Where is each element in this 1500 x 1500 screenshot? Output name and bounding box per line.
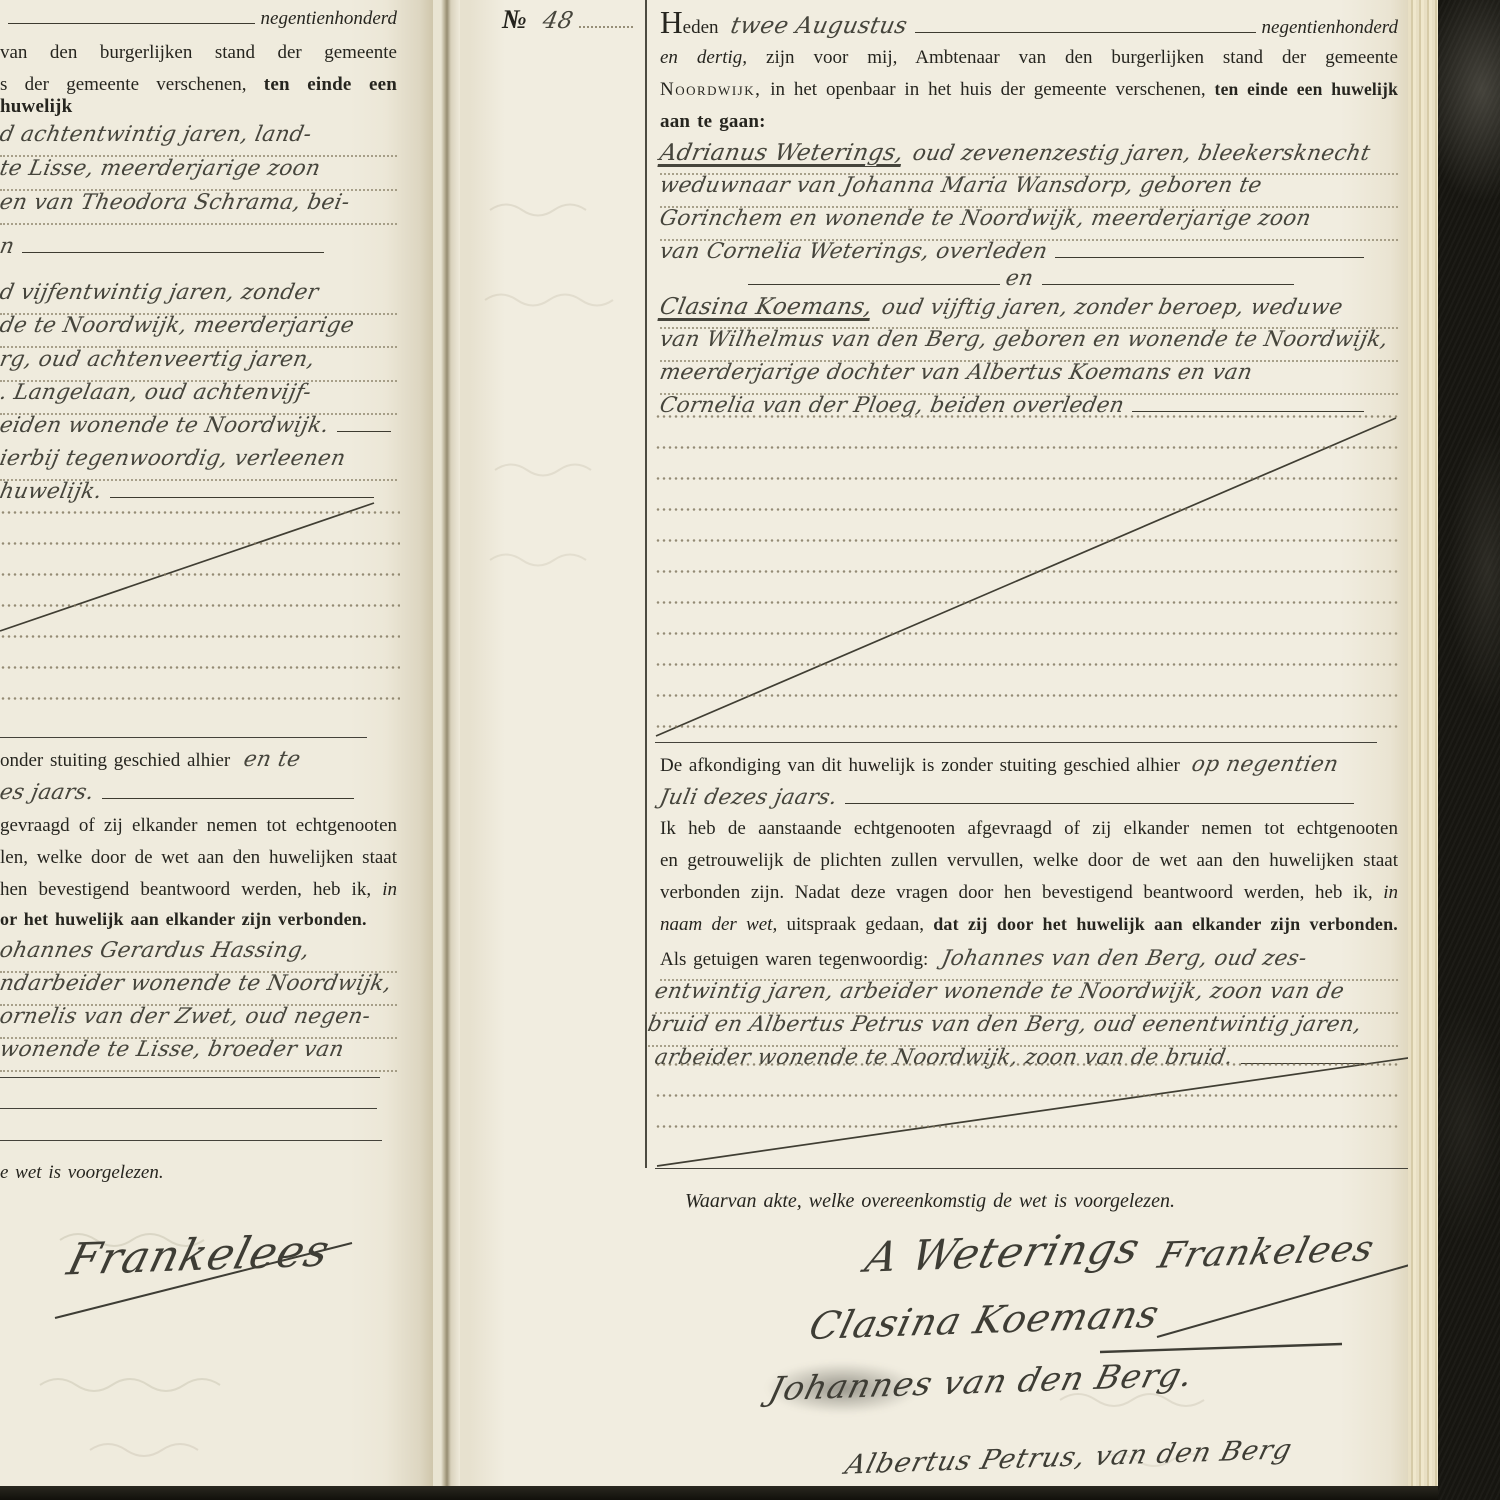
right-line-4-bold: aan te gaan:	[660, 111, 766, 133]
right-line-2-text: zijn voor mij, Ambtenaar van den burgerl…	[766, 47, 1398, 68]
page-edge-stack	[1408, 0, 1438, 1486]
left-vow-line-1: gevraagd of zij elkander nemen tot echtg…	[0, 815, 397, 848]
witness-hw-2: entwintig jaren, arbeider wonende te Noo…	[655, 979, 1398, 1014]
left-hw-line-7: rg, oud achtenveertig jaren,	[0, 347, 397, 382]
left-hw-line-8: . Langelaan, oud achtenvijf-	[0, 380, 397, 415]
witness-hw-3-text: bruid en Albertus Petrus van den Berg, o…	[646, 1012, 1364, 1037]
left-hw-line-8-text: . Langelaan, oud achtenvijf-	[0, 380, 313, 405]
act-number-line: № 48	[502, 4, 637, 37]
vow-3-text: verbonden zijn. Nadat deze vragen door h…	[660, 882, 1373, 903]
left-vow-1-text: gevraagd of zij elkander nemen tot echtg…	[0, 815, 397, 836]
left-hw-line-7-text: rg, oud achtenveertig jaren,	[0, 347, 317, 372]
left-hw-line-1: d achtentwintig jaren, land-	[0, 122, 397, 157]
vow-line-1: Ik heb de aanstaande echtgenooten afgevr…	[660, 818, 1398, 851]
left-closing-text: e wet is voorgelezen.	[0, 1162, 164, 1184]
right-line-3: Noordwijk, in het openbaar in het huis d…	[660, 79, 1398, 112]
right-empty-ruled-lines-1	[655, 402, 1400, 732]
bride-line-1-text: oud vijftig jaren, zonder beroep, weduwe	[880, 295, 1345, 320]
right-page: № 48 Heden twee Augustus negentienhonder…	[460, 0, 1408, 1486]
right-line-2: en dertig, zijn voor mij, Ambtenaar van …	[660, 47, 1398, 80]
left-hw-line-5: d vijfentwintig jaren, zonder	[0, 280, 397, 315]
bride-line-3-text: meerderjarige dochter van Albertus Koema…	[658, 360, 1255, 385]
heden-word: Heden	[660, 10, 719, 39]
left-blank-rule-4	[102, 798, 354, 799]
left-hw-line-10-text: ierbij tegenwoordig, verleenen	[0, 446, 348, 471]
conjunction-text: en	[1004, 266, 1036, 291]
right-line-3-bold: ten einde een huwelijk	[1215, 79, 1398, 99]
groom-line-2: weduwnaar van Johanna Maria Wansdorp, ge…	[660, 173, 1398, 208]
right-closing-rule	[655, 1168, 1425, 1169]
left-witness-hw-1-text: ohannes Gerardus Hassing,	[0, 938, 312, 963]
vow-line-3: verbonden zijn. Nadat deze vragen door h…	[660, 882, 1398, 915]
vow-2-text: en getrouwelijk de plichten zullen vervu…	[660, 850, 1398, 871]
left-hw-line-4-text: n	[0, 234, 17, 259]
bride-signature: Clasina Koemans	[805, 1292, 1164, 1348]
left-witness-hw-1: ohannes Gerardus Hassing,	[0, 938, 397, 973]
left-afk-printed: onder stuiting geschied alhier	[0, 750, 230, 772]
left-registrar-signature-text: Frankelees	[62, 1226, 335, 1286]
groom-signature: A Weterings	[861, 1223, 1146, 1281]
left-vow-3-text: hen bevestigend beantwoord werden, heb i…	[0, 879, 371, 900]
bride-line-2: van Wilhelmus van den Berg, geboren en w…	[660, 327, 1398, 362]
date-fill-rule	[915, 32, 1256, 33]
bride-line-3: meerderjarige dochter van Albertus Koema…	[660, 360, 1398, 395]
left-afk-handwritten-2: es jaars.	[0, 780, 96, 805]
left-blank-rule-1	[22, 252, 324, 253]
book-gutter	[433, 0, 460, 1486]
bride-line-2-text: van Wilhelmus van den Berg, geboren en w…	[658, 327, 1391, 352]
right-line-3-text: in het openbaar in het huis der gemeente…	[770, 79, 1205, 100]
vow-4-bold: dat zij door het huwelijk aan elkander z…	[933, 914, 1398, 934]
left-blank-line-rule-3	[0, 1140, 382, 1141]
left-blank-line-rule-2	[0, 1108, 377, 1109]
vow-line-2: en getrouwelijk de plichten zullen vervu…	[660, 850, 1398, 883]
bride-signature-text: Clasina Koemans	[805, 1292, 1164, 1348]
groom-line-2-text: weduwnaar van Johanna Maria Wansdorp, ge…	[658, 173, 1264, 198]
bride-name: Clasina Koemans,	[657, 294, 874, 321]
right-year-word: negentienhonderd	[1262, 17, 1398, 39]
left-vow-line-2: len, welke door de wet aan den huwelijke…	[0, 847, 397, 880]
left-hw-line-9-text: eiden wonende te Noordwijk.	[0, 413, 331, 438]
witness-hw-2-text: entwintig jaren, arbeider wonende te Noo…	[653, 979, 1347, 1004]
left-page: negentienhonderd van den burgerlijken st…	[0, 0, 433, 1486]
left-hw-line-4: n	[0, 234, 330, 267]
groom-name: Adrianus Weterings,	[657, 140, 905, 167]
left-hw-line-6-text: de te Noordwijk, meerderjarige	[0, 313, 356, 338]
groom-line-3: Gorinchem en wonende te Noordwijk, meerd…	[660, 206, 1398, 241]
vow-4-text: uitspraak gedaan,	[786, 914, 923, 935]
witness-hw-1-text: Johannes van den Berg, oud zes-	[940, 946, 1309, 971]
book-cover	[1438, 0, 1500, 1500]
left-section-rule	[0, 737, 367, 738]
left-hw-line-1-text: d achtentwintig jaren, land-	[0, 122, 314, 147]
afk-line-2: Juli dezes jaars.	[660, 785, 1360, 818]
book-cover-bottom	[0, 1486, 1438, 1500]
left-afk-handwritten: en te	[242, 747, 303, 772]
right-empty-ruled-lines-2	[655, 1050, 1400, 1150]
left-hw-line-2: te Lisse, meerderjarige zoon	[0, 156, 397, 191]
left-printed-line-3-text: s der gemeente verschenen,	[0, 74, 247, 95]
afk-printed-text: De afkondiging van dit huwelijk is zonde…	[660, 755, 1180, 777]
registrar-signature: Frankelees	[1154, 1228, 1379, 1276]
right-closing-text: Waarvan akte, welke overeenkomstig de we…	[685, 1190, 1175, 1213]
left-closing-line: e wet is voorgelezen.	[0, 1162, 164, 1195]
conjunction-rule-left	[748, 284, 1000, 285]
afk-line-1: De afkondiging van dit huwelijk is zonde…	[660, 752, 1398, 785]
year-continuation: en dertig,	[660, 47, 747, 68]
left-afk-line: onder stuiting geschied alhier en te	[0, 747, 397, 780]
groom-line-3-text: Gorinchem en wonende te Noordwijk, meerd…	[658, 206, 1314, 231]
conjunction-line: en	[740, 266, 1300, 294]
afk-handwritten-1: op negentien	[1189, 752, 1340, 777]
groom-line-4-text: van Cornelia Weterings, overleden	[658, 239, 1050, 264]
conjunction-rule-right	[1042, 284, 1294, 285]
afk-fill-rule	[845, 803, 1354, 804]
left-vow-line-3: hen bevestigend beantwoord werden, heb i…	[0, 879, 397, 912]
left-vow-3-italic: in	[382, 879, 397, 900]
groom-fill-rule	[1055, 257, 1364, 258]
left-witness-hw-3: ornelis van der Zwet, oud negen-	[0, 1004, 397, 1039]
witness-intro-line: Als getuigen waren tegenwoordig: Johanne…	[660, 946, 1398, 981]
left-vow-2-text: len, welke door de wet aan den huwelijke…	[0, 847, 397, 868]
vow-4-italic: naam der wet,	[660, 914, 777, 935]
act-number-dotted-rule	[579, 26, 633, 28]
witness-intro-text: Als getuigen waren tegenwoordig:	[660, 949, 928, 971]
left-hw-line-2-text: te Lisse, meerderjarige zoon	[0, 156, 323, 181]
marriage-register-book: negentienhonderd van den burgerlijken st…	[0, 0, 1500, 1500]
left-witness-hw-2: ndarbeider wonende te Noordwijk,	[0, 971, 397, 1006]
numero-symbol: №	[502, 4, 527, 35]
left-afk-line-2: es jaars.	[0, 780, 360, 813]
left-hw-line-10: ierbij tegenwoordig, verleenen	[0, 446, 397, 481]
right-closing-line: Waarvan akte, welke overeenkomstig de we…	[685, 1190, 1175, 1223]
registrar-signature-text: Frankelees	[1154, 1228, 1379, 1276]
witness2-signature: Albertus Petrus, van den Berg	[842, 1434, 1296, 1480]
left-witness-hw-3-text: ornelis van der Zwet, oud negen-	[0, 1004, 373, 1029]
left-hw-line-3-text: en van Theodora Schrama, bei-	[0, 190, 352, 215]
municipality-name: Noordwijk,	[660, 79, 761, 100]
left-year-line: negentienhonderd	[0, 8, 397, 41]
left-hw-line-9: eiden wonende te Noordwijk.	[0, 413, 397, 446]
groom-line-1: Adrianus Weterings, oud zevenenzestig ja…	[660, 140, 1398, 175]
right-heden-line: Heden twee Augustus negentienhonderd	[660, 10, 1398, 43]
groom-signature-text: A Weterings	[861, 1223, 1146, 1281]
left-witness-hw-4-text: wonende te Lisse, broeder van	[0, 1037, 346, 1062]
left-printed-line-2: van den burgerlijken stand der gemeente	[0, 42, 397, 75]
left-blank-line-rule-1	[0, 1077, 380, 1078]
vow-1-text: Ik heb de aanstaande echtgenooten afgevr…	[660, 818, 1398, 839]
vow-3-italic: in	[1383, 882, 1398, 903]
groom-line-1-text: oud zevenenzestig jaren, bleekersknecht	[911, 141, 1373, 166]
left-registrar-signature: Frankelees	[62, 1226, 335, 1286]
left-year-rule	[8, 23, 255, 24]
witness1-signature-smudge	[765, 1362, 920, 1414]
bride-line-1: Clasina Koemans, oud vijftig jaren, zond…	[660, 294, 1398, 329]
afk-handwritten-2: Juli dezes jaars.	[658, 785, 840, 810]
left-printed-line-3: s der gemeente verschenen, ten einde een…	[0, 74, 397, 107]
marriage-date-handwritten: twee Augustus	[728, 13, 909, 39]
left-witness-hw-4: wonende te Lisse, broeder van	[0, 1037, 397, 1072]
vow-line-4: naam der wet, uitspraak gedaan, dat zij …	[660, 914, 1398, 947]
left-blank-rule-2	[337, 431, 391, 432]
right-section-rule	[655, 742, 1377, 743]
margin-vertical-rule	[645, 0, 647, 1168]
left-hw-line-3: en van Theodora Schrama, bei-	[0, 190, 397, 225]
witness2-signature-text: Albertus Petrus, van den Berg	[842, 1434, 1296, 1480]
left-printed-line-2-text: van den burgerlijken stand der gemeente	[0, 42, 397, 63]
left-year-word: negentienhonderd	[261, 8, 397, 30]
left-hw-line-6: de te Noordwijk, meerderjarige	[0, 313, 397, 348]
act-number-value: 48	[540, 8, 575, 34]
left-empty-ruled-lines	[0, 498, 400, 726]
left-hw-line-5-text: d vijfentwintig jaren, zonder	[0, 280, 321, 305]
left-vow-4-bold: or het huwelijk aan elkander zijn verbon…	[0, 909, 367, 930]
left-witness-hw-2-text: ndarbeider wonende te Noordwijk,	[0, 971, 394, 996]
witness-hw-3: bruid en Albertus Petrus van den Berg, o…	[648, 1012, 1398, 1047]
